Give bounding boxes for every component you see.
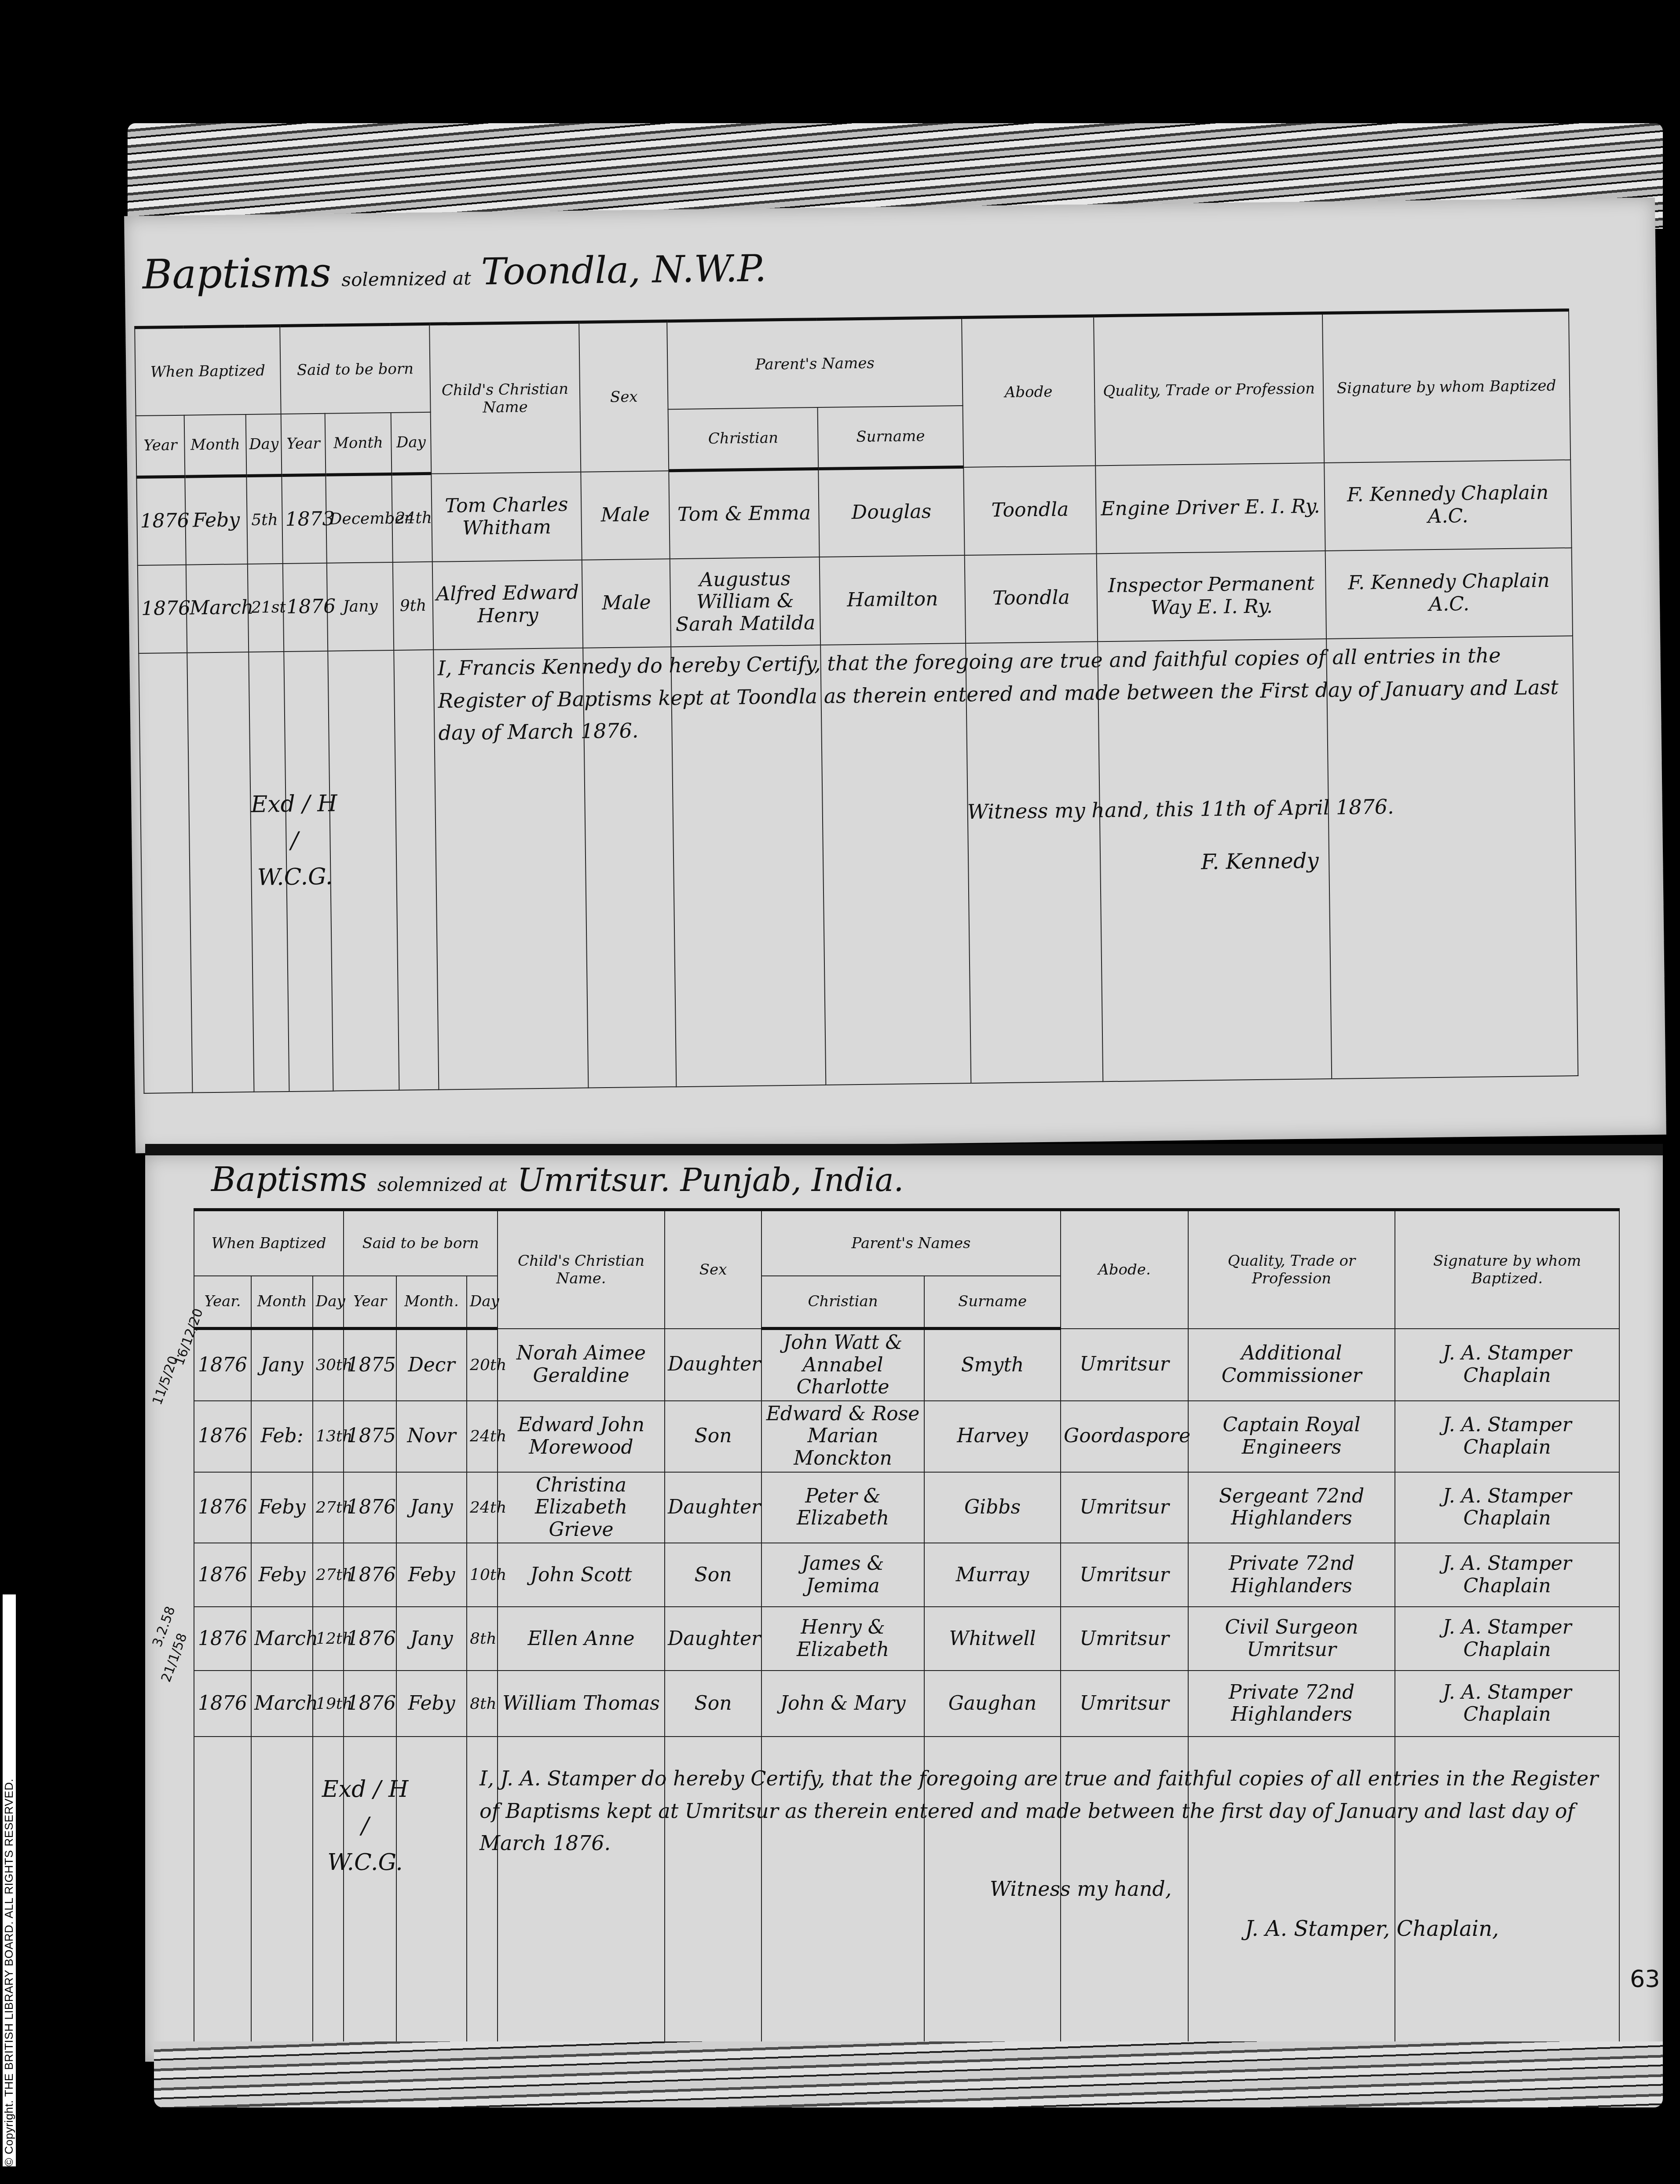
bap-year: 1876 bbox=[194, 1671, 251, 1737]
chaplain-signature: F. Kennedy bbox=[1201, 848, 1319, 874]
col-bap-day: Day bbox=[246, 414, 282, 476]
parents-christian: Henry & Elizabeth bbox=[761, 1607, 924, 1671]
surname: Hamilton bbox=[820, 555, 966, 645]
born-day: 9th bbox=[393, 561, 433, 650]
col-signature: Signature by whom Baptized bbox=[1322, 310, 1570, 463]
book-bottom-edge bbox=[154, 2041, 1663, 2107]
sex: Son bbox=[665, 1401, 761, 1472]
col-parent-surname: Surname bbox=[818, 406, 964, 469]
born-month: Jany bbox=[396, 1472, 467, 1543]
bap-year: 1876 bbox=[194, 1543, 251, 1607]
col-bap-month: Month bbox=[251, 1276, 313, 1329]
abode: Umritsur bbox=[1061, 1543, 1188, 1607]
bap-month: Feby bbox=[251, 1472, 313, 1543]
bap-month: March bbox=[186, 564, 249, 652]
table-row: 1876 Feby 27th 1876 Jany 24th Christina … bbox=[194, 1472, 1619, 1543]
born-month: Feby bbox=[396, 1543, 467, 1607]
col-bap-year: Year bbox=[136, 415, 185, 477]
child-name: Tom Charles Whitham bbox=[431, 472, 582, 561]
bap-year: 1876 bbox=[194, 1472, 251, 1543]
col-abode: Abode bbox=[962, 316, 1095, 467]
signature: J. A. Stamper Chaplain bbox=[1395, 1401, 1619, 1472]
col-bap-day: Day bbox=[313, 1276, 344, 1329]
signature: J. A. Stamper Chaplain bbox=[1395, 1472, 1619, 1543]
born-year: 1876 bbox=[344, 1607, 396, 1671]
col-said-to-be-born: Said to be born bbox=[280, 324, 430, 414]
signature: J. A. Stamper Chaplain bbox=[1395, 1671, 1619, 1737]
col-born-day: Day bbox=[467, 1276, 498, 1329]
table-row: 1876 March 21st 1876 Jany 9th Alfred Edw… bbox=[138, 548, 1573, 653]
bap-year: 1876 bbox=[136, 476, 186, 565]
col-said-to-be-born: Said to be born bbox=[344, 1210, 498, 1276]
sex: Daughter bbox=[665, 1472, 761, 1543]
born-day: 24th bbox=[467, 1401, 498, 1472]
col-parent-christian: Christian bbox=[761, 1276, 924, 1329]
abode: Umritsur bbox=[1061, 1607, 1188, 1671]
child-name: William Thomas bbox=[498, 1671, 665, 1737]
col-born-month: Month. bbox=[396, 1276, 467, 1329]
col-profession: Quality, Trade or Profession bbox=[1188, 1210, 1395, 1329]
col-bap-month: Month bbox=[184, 414, 247, 476]
upper-page-heading: Baptisms solemnized at Toondla, N.W.P. bbox=[142, 244, 767, 298]
surname: Murray bbox=[924, 1543, 1061, 1607]
lower-page-heading: Baptisms solemnized at Umritsur. Punjab,… bbox=[211, 1160, 904, 1199]
surname: Harvey bbox=[924, 1401, 1061, 1472]
copyright-notice: © Copyright. THE BRITISH LIBRARY BOARD. … bbox=[2, 1594, 16, 2166]
page-number: 63 bbox=[1630, 1965, 1660, 1993]
abode: Toondla bbox=[965, 553, 1098, 643]
sex: Daughter bbox=[665, 1329, 761, 1401]
heading-baptisms: Baptisms bbox=[142, 249, 332, 298]
child-name: Alfred Edward Henry bbox=[432, 560, 583, 649]
surname: Douglas bbox=[818, 467, 964, 557]
examined-note: Exd / H / W.C.G. bbox=[321, 1771, 409, 1881]
examined-note: Exd / H / W.C.G. bbox=[250, 785, 339, 896]
parents-christian: John Watt & Annabel Charlotte bbox=[761, 1329, 924, 1401]
sex: Son bbox=[665, 1671, 761, 1737]
bap-month: Feby bbox=[185, 476, 247, 564]
bap-year: 1876 bbox=[194, 1607, 251, 1671]
parents-christian: Tom & Emma bbox=[669, 469, 819, 559]
profession: Engine Driver E. I. Ry. bbox=[1095, 463, 1325, 553]
lower-register-page: Baptisms solemnized at Umritsur. Punjab,… bbox=[145, 1144, 1663, 2062]
parents-christian: Edward & Rose Marian Monckton bbox=[761, 1401, 924, 1472]
born-year: 1876 bbox=[344, 1543, 396, 1607]
child-name: Christina Elizabeth Grieve bbox=[498, 1472, 665, 1543]
born-day: 8th bbox=[467, 1607, 498, 1671]
signature: F. Kennedy Chaplain A.C. bbox=[1324, 460, 1571, 551]
born-day: 20th bbox=[467, 1329, 498, 1401]
surname: Whitwell bbox=[924, 1607, 1061, 1671]
table-row: 1876 Feby 5th 1873 December 24th Tom Cha… bbox=[136, 460, 1571, 565]
born-month: Decr bbox=[396, 1329, 467, 1401]
bap-year: 1876 bbox=[194, 1401, 251, 1472]
signature: J. A. Stamper Chaplain bbox=[1395, 1543, 1619, 1607]
profession: Inspector Permanent Way E. I. Ry. bbox=[1097, 551, 1326, 641]
signature: J. A. Stamper Chaplain bbox=[1395, 1607, 1619, 1671]
signature: J. A. Stamper Chaplain bbox=[1395, 1329, 1619, 1401]
bap-day: 5th bbox=[246, 476, 282, 564]
bap-month: Jany bbox=[251, 1329, 313, 1401]
born-year: 1873 bbox=[282, 475, 326, 563]
col-parents-names: Parent's Names bbox=[667, 318, 963, 409]
profession: Civil Surgeon Umritsur bbox=[1188, 1607, 1395, 1671]
table-row: 1876 Jany 30th 1875 Decr 20th Norah Aime… bbox=[194, 1329, 1619, 1401]
child-name: John Scott bbox=[498, 1543, 665, 1607]
child-name: Norah Aimee Geraldine bbox=[498, 1329, 665, 1401]
col-born-year: Year bbox=[344, 1276, 396, 1329]
col-born-month: Month bbox=[325, 412, 392, 475]
signature: F. Kennedy Chaplain A.C. bbox=[1325, 548, 1573, 639]
surname: Gaughan bbox=[924, 1671, 1061, 1737]
sex: Male bbox=[582, 559, 671, 648]
bap-day: 27th bbox=[313, 1472, 344, 1543]
col-parent-surname: Surname bbox=[924, 1276, 1061, 1329]
born-year: 1875 bbox=[344, 1401, 396, 1472]
profession: Sergeant 72nd Highlanders bbox=[1188, 1472, 1395, 1543]
born-year: 1876 bbox=[344, 1671, 396, 1737]
certificate-text: I, J. A. Stamper do hereby Certify, that… bbox=[479, 1763, 1623, 1860]
bap-month: March bbox=[251, 1671, 313, 1737]
table-row: 1876 Feb: 13th 1875 Novr 24th Edward Joh… bbox=[194, 1401, 1619, 1472]
chaplain-signature: J. A. Stamper, Chaplain, bbox=[1245, 1916, 1499, 1941]
born-month: Jany bbox=[327, 562, 394, 651]
profession: Captain Royal Engineers bbox=[1188, 1401, 1395, 1472]
born-day: 24th bbox=[467, 1472, 498, 1543]
born-month: December bbox=[326, 474, 392, 563]
heading-baptisms: Baptisms bbox=[211, 1160, 367, 1199]
child-name: Ellen Anne bbox=[498, 1607, 665, 1671]
heading-place: Umritsur. Punjab, India. bbox=[517, 1162, 904, 1198]
bap-day: 21st bbox=[248, 563, 284, 652]
child-name: Edward John Morewood bbox=[498, 1401, 665, 1472]
col-parent-christian: Christian bbox=[668, 407, 819, 471]
bap-month: March bbox=[251, 1607, 313, 1671]
profession: Private 72nd Highlanders bbox=[1188, 1671, 1395, 1737]
bap-month: Feby bbox=[251, 1543, 313, 1607]
col-bap-year: Year. bbox=[194, 1276, 251, 1329]
col-abode: Abode. bbox=[1061, 1210, 1188, 1329]
col-sex: Sex bbox=[665, 1210, 761, 1329]
certificate-text: I, Francis Kennedy do hereby Certify, th… bbox=[437, 638, 1565, 749]
col-profession: Quality, Trade or Profession bbox=[1094, 313, 1324, 465]
surname: Smyth bbox=[924, 1329, 1061, 1401]
col-sex: Sex bbox=[579, 321, 669, 472]
born-day: 10th bbox=[467, 1543, 498, 1607]
bap-day: 13th bbox=[313, 1401, 344, 1472]
born-day: 8th bbox=[467, 1671, 498, 1737]
witness-line: Witness my hand, bbox=[990, 1877, 1171, 1901]
sex: Son bbox=[665, 1543, 761, 1607]
surname: Gibbs bbox=[924, 1472, 1061, 1543]
bap-day: 30th bbox=[313, 1329, 344, 1401]
abode: Umritsur bbox=[1061, 1329, 1188, 1401]
sex: Daughter bbox=[665, 1607, 761, 1671]
born-year: 1875 bbox=[344, 1329, 396, 1401]
born-month: Feby bbox=[396, 1671, 467, 1737]
bap-day: 27th bbox=[313, 1543, 344, 1607]
abode: Umritsur bbox=[1061, 1671, 1188, 1737]
bap-month: Feb: bbox=[251, 1401, 313, 1472]
profession: Private 72nd Highlanders bbox=[1188, 1543, 1395, 1607]
born-day: 24th bbox=[392, 473, 432, 562]
col-born-year: Year bbox=[281, 413, 326, 475]
col-when-baptized: When Baptized bbox=[135, 326, 281, 416]
col-parents-names: Parent's Names bbox=[761, 1210, 1061, 1276]
col-childs-name: Child's Christian Name. bbox=[498, 1210, 665, 1329]
heading-solemnized: solemnized at bbox=[377, 1174, 507, 1195]
parents-christian: Peter & Elizabeth bbox=[761, 1472, 924, 1543]
bap-day: 19th bbox=[313, 1671, 344, 1737]
born-year: 1876 bbox=[283, 563, 328, 651]
heading-place: Toondla, N.W.P. bbox=[481, 247, 766, 293]
profession: Additional Commissioner bbox=[1188, 1329, 1395, 1401]
bap-year: 1876 bbox=[194, 1329, 251, 1401]
born-year: 1876 bbox=[344, 1472, 396, 1543]
parents-christian: John & Mary bbox=[761, 1671, 924, 1737]
col-born-day: Day bbox=[391, 412, 432, 474]
col-when-baptized: When Baptized bbox=[194, 1210, 344, 1276]
copyright-strip: © Copyright. THE BRITISH LIBRARY BOARD. … bbox=[3, 1594, 16, 2166]
born-month: Novr bbox=[396, 1401, 467, 1472]
col-childs-name: Child's Christian Name bbox=[429, 322, 581, 473]
parents-christian: James & Jemima bbox=[761, 1543, 924, 1607]
parents-christian: Augustus William & Sarah Matilda bbox=[670, 557, 820, 647]
abode: Toondla bbox=[963, 465, 1096, 555]
upper-register-page: Baptisms solemnized at Toondla, N.W.P. W… bbox=[124, 198, 1666, 1153]
bap-day: 12th bbox=[313, 1607, 344, 1671]
heading-solemnized: solemnized at bbox=[341, 268, 471, 291]
abode: Goordaspore bbox=[1061, 1401, 1188, 1472]
sex: Male bbox=[581, 471, 670, 560]
born-month: Jany bbox=[396, 1607, 467, 1671]
col-signature: Signature by whom Baptized. bbox=[1395, 1210, 1619, 1329]
table-row: 1876 March 12th 1876 Jany 8th Ellen Anne… bbox=[194, 1607, 1619, 1671]
table-row: 1876 Feby 27th 1876 Feby 10th John Scott… bbox=[194, 1543, 1619, 1607]
abode: Umritsur bbox=[1061, 1472, 1188, 1543]
bap-year: 1876 bbox=[138, 564, 187, 653]
table-row: 1876 March 19th 1876 Feby 8th William Th… bbox=[194, 1671, 1619, 1737]
